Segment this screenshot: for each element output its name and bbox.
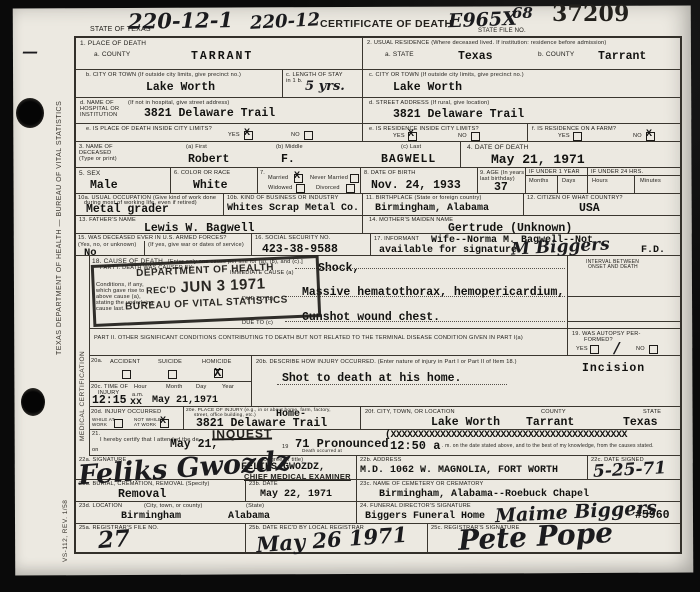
divorced-label: Divorced (316, 185, 340, 191)
cemetery-value: Birmingham, Alabama--Roebuck Chapel (379, 489, 589, 500)
middle-name-value: F. (281, 153, 295, 166)
under-24-rule (588, 175, 680, 176)
s20a-num: 20a. (91, 358, 103, 364)
field-autopsy: 19. WAS AUTOPSY PER- FORMED? YES / NO (568, 329, 680, 356)
married-label: Married (268, 175, 288, 181)
ssn-value: 423-38-9588 (262, 243, 338, 256)
field-burial-date: 23b. DATE May 22, 1971 (246, 480, 357, 502)
burial-date-label: 23b. DATE (249, 481, 278, 487)
last-name-value: BAGWELL (381, 153, 436, 166)
injury-state-value: Texas (623, 416, 658, 429)
date-injury-value: May 21,1971 (152, 395, 218, 406)
city-label: b. CITY OR TOWN (If outside city limits,… (86, 72, 241, 78)
address-label: 22b. ADDRESS (360, 457, 402, 463)
day-label: Day (196, 384, 207, 390)
margin-pen-dash: — (22, 42, 38, 61)
death-limits-yes-mark: X (244, 128, 250, 139)
hospital-value: 3821 Delaware Trail (144, 107, 275, 120)
field-business-or-industry: 10b. KIND OF BUSINESS OR INDUSTRY Whites… (224, 194, 363, 216)
cemetery-label: 23c. NAME OF CEMETERY OR CREMATORY (360, 481, 483, 487)
field-physician-signature: 22a. SIGNATURE Feliks Gwozdz (Degree or … (76, 456, 357, 480)
incision-note: Incision (582, 362, 645, 375)
date-of-death-value: May 21, 1971 (491, 152, 585, 167)
farm-no-label: NO (633, 133, 642, 139)
widowed-checkbox (296, 184, 305, 193)
certificate-title: CERTIFICATE OF DEATH (320, 21, 452, 28)
field-certification-statement: 21. I hereby certify that I attended the… (90, 430, 680, 456)
field-accident-suicide-homicide: 20a. ACCIDENT SUICIDE HOMICIDE X (90, 356, 252, 382)
margin-department-text: TEXAS DEPARTMENT OF HEALTH — BUREAU OF V… (56, 95, 63, 355)
days-label: Days (562, 178, 576, 184)
field-usual-residence: 2. USUAL RESIDENCE (Where deceased lived… (363, 38, 680, 70)
cause-a-line (295, 268, 565, 269)
due-to-c-label: DUE TO (c) (242, 320, 273, 326)
homicide-label: HOMICIDE (202, 359, 232, 365)
cause-b-line (285, 296, 565, 297)
residence-state-label: a. STATE (385, 51, 414, 58)
describe-injury-line (277, 384, 507, 385)
funeral-home-value: Biggers Funeral Home (365, 511, 485, 522)
armed-forces-label: 15. WAS DECEASED EVER IN U.S. ARMED FORC… (78, 235, 227, 241)
field-if-under-1-year: IF UNDER 1 YEAR Months Days (526, 168, 588, 194)
injury-state-label: STATE (643, 409, 661, 415)
location-city-value: Birmingham (121, 511, 181, 522)
age-value: 37 (494, 181, 508, 194)
residence-limits-yes-mark: X (408, 129, 414, 140)
describe-injury-label: 20b. DESCRIBE HOW INJURY OCCURRED. (Ente… (256, 359, 517, 365)
funeral-director-label: 24. FUNERAL DIRECTOR'S SIGNATURE (360, 503, 471, 509)
ssn-label: 16. SOCIAL SECURITY NO. (255, 235, 330, 241)
first-name-value: Robert (188, 153, 229, 166)
street-address-value: 3821 Delaware Trail (393, 108, 524, 121)
divorced-checkbox (346, 184, 355, 193)
field-death-inside-city-limits: e. IS PLACE OF DEATH INSIDE CITY LIMITS?… (76, 124, 363, 142)
citizen-value: USA (579, 202, 600, 215)
usual-residence-label: 2. USUAL RESIDENCE (Where deceased lived… (367, 40, 606, 46)
field-hospital-or-institution: d. NAME OF HOSPITAL OR INSTITUTION (If n… (76, 98, 363, 124)
death-limits-yes-checkbox: X (244, 131, 253, 140)
field-street-address: d. STREET ADDRESS (If rural, give locati… (363, 98, 680, 124)
business-value: Whites Scrap Metal Co. (227, 203, 359, 214)
medical-certification-strip: MEDICAL CERTIFICATION (76, 256, 90, 456)
middle-name-label: (b) Middle (276, 144, 303, 150)
field-date-of-birth: 8. DATE OF BIRTH Nov. 24, 1933 (361, 168, 478, 194)
length-of-stay-sub: in 1 b. (286, 78, 303, 84)
county-label: a. COUNTY (94, 51, 130, 58)
location-sub1: (City, town, or county) (144, 503, 203, 509)
not-while-mark: X (160, 416, 166, 427)
occupation-value: Metal grader (86, 203, 169, 216)
informant-line2: available for signature (379, 245, 517, 256)
death-limits-yes-label: YES (228, 132, 240, 138)
certify-time-value: 12:50 a (390, 439, 440, 453)
death-occurred-at-label: Death occurred at (302, 448, 342, 454)
hospital-note: (If not in hospital, give street address… (128, 100, 229, 106)
farm-no-checkbox: X (646, 132, 655, 141)
handwritten-registration-number: 220-12-1 (128, 7, 234, 34)
field-date-of-death: 4. DATE OF DEATH May 21, 1971 (461, 142, 680, 168)
field-part-ii: PART II. OTHER SIGNIFICANT CONDITIONS CO… (90, 329, 568, 356)
field-place-of-death: 1. PLACE OF DEATH a. COUNTY TARRANT (76, 38, 363, 70)
armed-forces-sub2: (If yes, give war or dates of service) (148, 242, 244, 248)
stamp-recd-label: REC'D (146, 284, 177, 295)
autopsy-yes-label: YES (576, 346, 588, 352)
autopsy-label-2: FORMED? (584, 337, 613, 343)
punch-hole-top (16, 98, 44, 128)
under-1-year-divider (557, 175, 558, 193)
residence-limits-yes-checkbox: X (408, 132, 417, 141)
armed-forces-divider (144, 241, 145, 255)
sex-value: Male (90, 179, 118, 192)
month-label: Month (166, 384, 183, 390)
certify-tail-text: . m. on the date stated above, and to th… (442, 443, 654, 449)
field-if-under-24-hrs: IF UNDER 24 HRS. Hours Minutes (588, 168, 680, 194)
burial-date-value: May 22, 1971 (260, 489, 332, 500)
father-label: 13. FATHER'S NAME (79, 217, 136, 223)
under-1-year-rule (526, 175, 587, 176)
married-mark: X (294, 171, 300, 182)
mother-label: 14. MOTHER'S MAIDEN NAME (369, 217, 453, 223)
minutes-label: Minutes (640, 178, 661, 184)
married-checkbox: X (294, 174, 303, 183)
registrar-file-value: 27 (97, 525, 131, 554)
certify-date-value: May 21, (170, 438, 218, 451)
months-label: Months (529, 178, 549, 184)
death-limits-no-checkbox (304, 131, 313, 140)
county-value: TARRANT (191, 50, 253, 63)
field-residence-inside-city-limits: e. IS RESIDENCE INSIDE CITY LIMITS? YES … (363, 124, 528, 142)
hours-label: Hours (592, 178, 608, 184)
injury-city-label: 20f. CITY, TOWN, OR LOCATION (365, 409, 455, 415)
farm-yes-label: YES (558, 133, 570, 139)
state-file-no-label: STATE FILE NO. (478, 28, 526, 35)
field-date-signed: 22c. DATE SIGNED 5-25-71 (588, 456, 680, 480)
field-color-or-race: 6. COLOR OR RACE White (171, 168, 258, 194)
race-label: 6. COLOR OR RACE (174, 170, 230, 176)
field-usual-occupation: 10a. USUAL OCCUPATION (Give kind of work… (76, 194, 224, 216)
handwritten-number-2: 220-12 (249, 9, 320, 34)
suicide-label: SUICIDE (158, 359, 182, 365)
field-length-of-stay: c. LENGTH OF STAY in 1 b. 5 yrs. (283, 70, 363, 98)
field-residence-on-farm: f. IS RESIDENCE ON A FARM? YES NO X (528, 124, 680, 142)
while-at-work-label-2: WORK (92, 422, 107, 428)
homicide-checkbox: X (214, 369, 223, 378)
autopsy-no-checkbox (649, 345, 658, 354)
hospital-label-3: INSTITUTION (80, 112, 117, 118)
residence-limits-no-checkbox (471, 132, 480, 141)
under-24-divider (634, 175, 635, 193)
birthplace-value: Birmingham, Alabama (375, 203, 489, 214)
injury-county-label: COUNTY (541, 409, 566, 415)
stamp-date: JUN 3 1971 (180, 275, 266, 296)
autopsy-yes-checkbox (590, 345, 599, 354)
margin-form-number: VS-112, REV. 1/58 (62, 472, 69, 562)
address-value: M.D. 1062 W. MAGNOLIA, FORT WORTH (360, 465, 558, 476)
residence-limits-no-label: NO (458, 133, 467, 139)
certificate-form-grid: MEDICAL CERTIFICATION 1. PLACE OF DEATH … (74, 36, 682, 554)
chief-medical-examiner-stamp: CHIEF MEDICAL EXAMINER (244, 473, 351, 480)
field-injury-city-county-state: 20f. CITY, TOWN, OR LOCATION Lake Worth … (361, 407, 680, 430)
autopsy-slash-mark: / (614, 339, 619, 357)
date-signed-value: 5-25-71 (593, 458, 667, 482)
citizen-label: 12. CITIZEN OF WHAT COUNTRY? (527, 195, 623, 201)
widowed-label: Widowed (268, 185, 292, 191)
cause-c-line (285, 321, 565, 322)
birthplace-label: 11. BIRTHPLACE (State or foreign country… (366, 195, 482, 201)
cause-c-value: Gunshot wound chest. (302, 311, 440, 324)
field-sex: 5. SEX Male (76, 168, 171, 194)
field-armed-forces: 15. WAS DECEASED EVER IN U.S. ARMED FORC… (76, 234, 252, 256)
year-label: Year (222, 384, 234, 390)
residence-city-label: c. CITY OR TOWN (If outside city limits,… (369, 72, 524, 78)
field-informant: 17. INFORMANT Wife--Norma M. Bagwell--No… (371, 234, 680, 256)
field-cause-of-death: 18. CAUSE OF DEATH [Enter only one cause… (90, 256, 568, 329)
field-name-of-deceased: 3. NAME OF DECEASED (Type or print) (a) … (76, 142, 461, 168)
scanned-death-certificate: — TEXAS DEPARTMENT OF HEALTH — BUREAU OF… (0, 0, 700, 592)
field-burial-location: 23d. LOCATION (City, town, or county) (S… (76, 502, 357, 524)
farm-yes-checkbox (573, 132, 582, 141)
injury-county-value: Tarrant (526, 416, 574, 429)
accident-checkbox (122, 370, 131, 379)
location-state-value: Alabama (228, 511, 270, 522)
cause-b-value: Massive hematothorax, hemopericardium, (302, 286, 564, 299)
punch-hole-bottom (21, 388, 45, 416)
location-label: 23d. LOCATION (79, 503, 122, 509)
field-date-received: 25b. DATE REC'D BY LOCAL REGISTRAR May 2… (246, 524, 428, 552)
received-stamp: DEPARTMENT OF HEALTH REC'D JUN 3 1971 BU… (91, 255, 321, 327)
homicide-mark: X (214, 366, 221, 380)
never-married-label: Never Married (310, 175, 348, 181)
farm-no-mark: X (646, 129, 652, 140)
burial-value: Removal (118, 488, 166, 501)
name-label-3: (Type or print) (79, 156, 117, 162)
field-injury-occurred: 20d. INJURY OCCURRED WHILE AT WORK NOT W… (90, 407, 184, 430)
certify-on-label: on (92, 447, 99, 453)
medical-certification-label: MEDICAL CERTIFICATION (79, 271, 86, 441)
field-registrar-file-no: 25a. REGISTRAR'S FILE NO. 27 (76, 524, 246, 552)
first-name-label: (a) First (186, 144, 207, 150)
business-label: 10b. KIND OF BUSINESS OR INDUSTRY (227, 195, 339, 201)
registrar-signature-value: Pete Pope (457, 516, 613, 557)
state-file-number: 37209 (552, 11, 630, 18)
field-time-of-injury: 20c. TIME OF INJURY Hour Month Day Year … (90, 382, 252, 407)
residence-limits-label: e. IS RESIDENCE INSIDE CITY LIMITS? (369, 126, 479, 132)
death-limits-no-label: NO (291, 132, 300, 138)
field-city-or-town: b. CITY OR TOWN (If outside city limits,… (76, 70, 283, 98)
death-city-limits-label: e. IS PLACE OF DEATH INSIDE CITY LIMITS? (86, 126, 212, 132)
field-registrar-signature: 25c. REGISTRAR'S SIGNATURE Pete Pope (428, 524, 680, 552)
field-mothers-maiden-name: 14. MOTHER'S MAIDEN NAME Gertrude (Unkno… (363, 216, 680, 234)
field-marital-status: 7. Married X Never Married Widowed Divor… (258, 168, 361, 194)
interval-label-2: ONSET AND DEATH (588, 264, 638, 270)
sex-label: 5. SEX (79, 170, 100, 177)
suicide-checkbox (168, 370, 177, 379)
city-value: Lake Worth (146, 81, 215, 94)
not-while-label-2: AT WORK (134, 422, 156, 428)
residence-state-value: Texas (458, 50, 493, 63)
marital-label: 7. (260, 170, 265, 176)
place-of-death-label: 1. PLACE OF DEATH (80, 40, 146, 47)
last-name-label: (c) Last (401, 144, 421, 150)
residence-city-value: Lake Worth (393, 81, 462, 94)
residence-county-label: b. COUNTY (538, 51, 574, 58)
field-describe-how-injury-occurred: 20b. DESCRIBE HOW INJURY OCCURRED. (Ente… (252, 356, 680, 407)
residence-limits-yes-label: YES (393, 133, 405, 139)
field-fathers-name: 13. FATHER'S NAME Lewis W. Bagwell (76, 216, 363, 234)
field-interval-column: INTERVAL BETWEEN ONSET AND DEATH (568, 256, 680, 329)
accident-label: ACCIDENT (110, 359, 140, 365)
field-social-security: 16. SOCIAL SECURITY NO. 423-38-9588 (252, 234, 371, 256)
race-value: White (193, 179, 228, 192)
field-physician-address: 22b. ADDRESS M.D. 1062 W. MAGNOLIA, FORT… (357, 456, 588, 480)
hour-label: Hour (134, 384, 147, 390)
dob-label: 8. DATE OF BIRTH (364, 170, 415, 176)
date-of-death-label: 4. DATE OF DEATH (467, 144, 528, 151)
street-address-label: d. STREET ADDRESS (If rural, give locati… (369, 100, 489, 106)
field-citizen-of: 12. CITIZEN OF WHAT COUNTRY? USA (524, 194, 680, 216)
not-while-checkbox: X (160, 419, 169, 428)
field-residence-city: c. CITY OR TOWN (If outside city limits,… (363, 70, 680, 98)
informant-label: 17. INFORMANT (374, 236, 419, 242)
length-of-stay-value: 5 yrs. (305, 79, 345, 94)
residence-county-value: Tarrant (598, 50, 646, 63)
informant-suffix: F.D. (641, 245, 665, 256)
injury-occurred-label: 20d. INJURY OCCURRED (91, 409, 161, 415)
injury-city-value: Lake Worth (431, 416, 500, 429)
field-place-of-injury: 20e. PLACE OF INJURY (e.g., in or about … (184, 407, 361, 430)
never-married-checkbox (350, 174, 359, 183)
field-age: 9. AGE (In years last birthday) 37 (478, 168, 526, 194)
while-at-work-checkbox (114, 419, 123, 428)
location-sub2: (State) (246, 503, 264, 509)
interval-line-c (568, 321, 680, 322)
dob-value: Nov. 24, 1933 (371, 179, 461, 192)
part-ii-label: PART II. OTHER SIGNIFICANT CONDITIONS CO… (94, 335, 523, 341)
autopsy-no-label: NO (636, 346, 645, 352)
inquest-stamp: INQUEST (212, 430, 272, 440)
handwritten-68: 68 (512, 4, 533, 22)
time-injury-value: 12:15 (92, 394, 127, 407)
interval-line-b (568, 296, 680, 297)
field-birthplace: 11. BIRTHPLACE (State or foreign country… (363, 194, 524, 216)
